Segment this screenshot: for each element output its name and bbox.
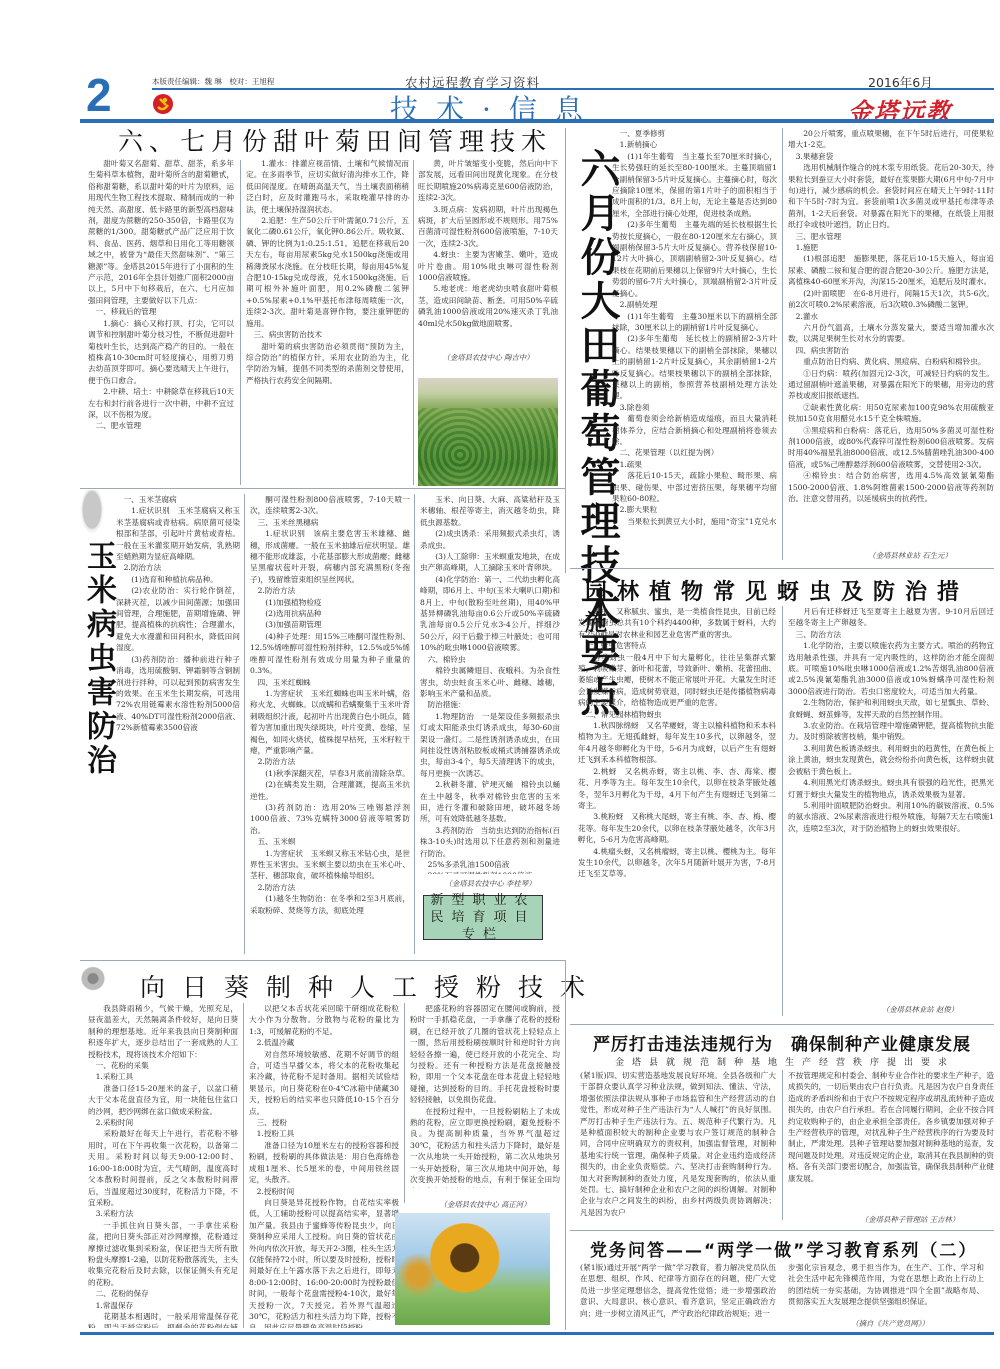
subheadline-law: 金塔县就规范制种基地生产经营秩序提出要求 [615,1055,955,1068]
column-divider [240,160,241,485]
paragraph: 步强化宗旨观念，勇于担当作为，在生产、工作、学习和社会生活中起先锋模范作用，为党… [788,1262,984,1308]
law-signature: （金塔县种子管理站 王吉林） [830,1214,990,1225]
paragraph: (4)化学防治：第一、二代幼虫孵化高峰期，即6月上、中旬(玉米大喇叭口期)和8月… [420,574,560,654]
editor-credit: 本版责任编辑：魏 琳 校对：王旭程 [152,76,274,87]
paragraph: 在授粉过程中，一旦授粉刷粘上了未成熟的花粉，应立即更换授粉刷，避免授粉不良。为提… [410,1106,560,1188]
paragraph: 2.追肥：生产50公斤干叶需氮0.71公斤，五氧化二磷0.61公斤，氧化钾0.8… [246,215,409,329]
corn-col-2: 酮可湿性粉剂800倍液喷雾，7-10天喷一次，连续喷雾2-3次。 三、玉米丝黑穗… [250,494,410,954]
paragraph: 4.桃瘤头蚜，又名桃瘤蚜，寄主以桃、樱桃为主。每年发生10余代，以卵越冬，次年5… [578,846,776,880]
subheading: 四、玉米红蜘蛛 [250,677,410,688]
section-divider [565,128,566,573]
paragraph: 3.利用黄色板诱杀蚜虫。利用蚜虫的趋黄性，在黄色板上涂上黄油，蚜虫发现黄色，就会… [788,743,994,777]
column-divider [782,606,783,1016]
paragraph: 棉铃虫属鳞翅目、夜蛾科。为杂食性害虫，幼虫蛀食玉米心叶、雌穗、雄穗，影响玉米产量… [420,665,560,699]
paragraph: (2)农业防治：实行轮作倒茬，深耕灭茬，以减少田间菌源；加强田间管理，合理施肥，… [116,585,240,653]
sunflower-col-2: 以把父本舌状花采回晾干研细成花粉粒大小作为分散物。分散物与花粉的量比为1:3，可… [249,1003,399,1328]
paragraph: 3.斑点病：发病初期，叶片出现褐色病斑，扩大后呈圆形或不规则形。用75%百菌清可… [418,204,558,250]
section-divider [570,1230,994,1231]
footer-rule [80,1332,994,1335]
paragraph: 采粉最好在每天上午进行，若花粉不够用时，可在下午再收集一次花粉，以备第二天用。采… [88,1128,238,1208]
paragraph: 月后有迁移蚜迁飞至夏寄主上越夏为害。9-10月后回迁至越冬寄主上产卵越冬。 [788,606,994,629]
pesticide-item: 20%万灵可湿性粉剂1000倍液 [420,870,560,874]
paragraph: 5.地老虎：地老虎幼虫啃食甜叶菊根茎，造成田间缺苗、断垄。可用50%辛硫磷乳油1… [418,283,558,329]
subheading: 防治措施： [420,699,560,710]
paragraph: (2)叶面喷肥 在6-8月进行，间隔15天1次，共5-6次。前2次可喷0.2%尿… [788,288,994,311]
pesticide-item: 25%多杀乳油1500倍液 [420,859,560,870]
paragraph: 黄，叶片皱缩变小变脆，然后向中下部发展，远看田间出现黄化现象。在分枝旺长期喷施2… [418,158,558,204]
paragraph: 甜叶菊的病虫害防治必须贯彻“预防为主，综合防治”的植保方针，采用农业防治为主，化… [246,341,409,387]
aphid-signature: （金塔县林业站 赵俊） [850,1004,990,1015]
paragraph: (1)秋季深翻灭茬，早春3月底前清除杂草。 [250,768,410,779]
sunflower-signature: （金塔县农技中心 高正河） [410,1199,560,1210]
headline-party-qa: 党务问答——“两学一做”学习教育系列（二） [590,1236,977,1261]
paragraph: 甜叶菊又名甜菊、甜草、甜茶，系多年生菊科草本植物，甜叶菊所含的甜菊糖甙，俗称甜菊… [88,158,234,306]
paragraph: 当果粒长到黄豆大小时，施用“奇宝”1克兑水 [612,516,777,527]
paragraph: 各类蚜虫一般4月中下旬大量孵化，往往呈集群式繁殖，刺吸嫩芽、新叶和花蕾，导致新叶… [578,652,776,709]
party-col-2: 步强化宗旨观念，勇于担当作为，在生产、工作、学习和社会生活中起先锋模范作用，为党… [788,1262,984,1318]
paragraph: 3.农业防治。在栽培管理中增施磷钾肥，提高植物抗虫能力。及时剪除被害枝梢，集中销… [788,720,994,743]
paragraph: 3.桃粉蚜 又称桃大尾蚜，寄主有桃、李、杏、梅、樱花等。每年发生20余代，以卵在… [578,811,776,845]
paragraph: (1)加强植物检疫 [250,597,410,608]
paragraph: (2)多年生葡萄 主蔓先端的延长枝根据生长势按长度摘心，一般在80-120厘米左… [612,219,777,299]
section-divider [570,568,994,569]
column-divider [243,1003,244,1328]
law-col-1: (紧1版)四、切实营造基地发展良好环境。全县各级和广大干部群众要认真学习种业法规… [580,1070,776,1223]
corn-col-1: 一、玉米茎腐病 1.症状识别 玉米茎腐病又称玉米茎基腐病或青枯病。病原菌可侵染根… [116,494,240,954]
column-divider [244,494,245,954]
aphid-col-1: 蚜虫，又称腻虫、蜜虫，是一类植食性昆虫，目前已经发现的蚜虫总共有10个科约440… [578,606,776,1016]
headline-sunflower: 向日葵制种人工授粉技术 [140,968,602,1004]
subheading: 三、授粉 [249,1117,399,1128]
subheading: 3.采粉方法 [88,1208,238,1219]
paragraph: 3.药剂防治 当幼虫达到防治指标(百株3-10头)时选用以下任意药剂和剂量进行防… [420,825,560,859]
subheading: 一、花粉的采集 [88,1060,238,1071]
subheading: 2.膨大果粒 [612,504,777,515]
corn-mascot-icon [80,490,104,534]
paragraph: 葡萄卷须会给新梢造成缢痕，而且大量消耗树体养分，应结合新梢摘心和处理副梢将卷须去… [612,413,777,447]
section-divider [565,960,566,1330]
paragraph: (1)1年生葡萄 当主蔓长至70厘米时摘心，生长势强旺的延长至80-100厘米。… [612,151,777,219]
paragraph: (2)选用抗病品种 [250,608,410,619]
stevia-col-1: 甜叶菊又名甜菊、甜草、甜茶，系多年生菊科草本植物，甜叶菊所含的甜菊糖甙，俗称甜菊… [88,158,234,488]
paragraph: 落花后10-15天，疏除小果粒、畸形果、病虫果、碰伤果、中部过密挤压果，每果穗平… [612,470,777,504]
subheading: 三、防治方法 [788,629,994,640]
corn-col-3: 玉米、向日葵、大麻、高粱秸秆及玉米穗轴、根茬等寄主，消灭越冬幼虫，降低虫源基数。… [420,494,560,874]
subheading: 1.新梢摘心 [612,139,777,150]
subheading: 1.采粉工具 [88,1071,238,1082]
subheading: 1.授粉工具 [249,1128,399,1139]
subheading: 1.施肥 [788,242,994,253]
paragraph: 选用机械制作缝合的纯木浆专用纸袋。花后20-30天，待果粒长到蚕豆大小时套袋，最… [788,162,994,230]
column-box-label: 新型职业农民培育项目专栏 [428,892,538,943]
paragraph: (2)成虫诱杀：采用频振式杀虫灯，诱杀成虫。 [420,528,560,551]
paragraph: 一手抓住向日葵头部，一手拿住采粉盆，把向日葵头部正对沙网摩擦，花粉通过摩擦过滤收… [88,1220,238,1288]
paragraph: ④棉铃虫：结合防治病害，选用4.5%高效氯氰菊酯1500-2000倍液、1.8%… [788,470,994,504]
subheading: 二、常见园林植物蚜虫 [578,709,776,720]
grape-col-2: 20公斤喷雾，重点喷果穗，在下午5时后进行，可使果粒增大1-2克。 3.果穗套袋… [788,128,994,548]
paragraph: 1.化学防治，主要以喷施农药为主要方式。喷治的药物宜选用触杀性强，并具有一定内吸… [788,640,994,697]
section-divider [80,960,565,961]
paragraph: 2.生物防治，保护和利用蚜虫天敌，如七星瓢虫、草蛉、食蚜蝇、蚜茧蜂等，发挥天敌的… [788,697,994,720]
page-number: 2 [86,72,112,118]
subheading: 三、病虫害防治技术 [246,329,409,340]
paragraph: 1.为害症状 玉米螟又称玉米钻心虫，是世界性玉米害虫。玉米螟主要以幼虫在玉米心叶… [250,848,410,882]
paragraph: 1.灌水：排灌应视苗情、土壤和气候情况而定。在多雨季节，应切实做好清沟排水工作，… [246,158,409,215]
paragraph: (3)人工除卵：玉米螟重发地块，在成虫产卵高峰期，人工摘除玉米叶背卵块。 [420,551,560,574]
subheading: 二、花果管理（以红提为例） [612,447,777,458]
paragraph: 1.秋四脉绵蚜 又名苹瘿蚜，寄主以榆科植物和禾本科植物为主。无翅孤雌蚜，每年发生… [578,720,776,766]
subheading: 三、玉米丝黑穗病 [250,517,410,528]
subheading: 3.除卷须 [612,402,777,413]
paragraph: 我县降雨稀少，气候干燥，光照充足，昼夜温差大，天然隔离条件较好，是向日葵制种的理… [88,1003,238,1060]
subheading: 2.灌水 [788,311,994,322]
subheading: 一、玉米茎腐病 [116,494,240,505]
paragraph: (1)1年生葡萄 主蔓30厘米以下的副梢全部抹除，30厘米以上的副梢留1片叶反复… [612,311,777,334]
corn-signature: （金塔县农技中心 李桂琴） [420,878,560,889]
paragraph: (3)药剂防治：选用20%三唑锡悬浮剂1000倍液、73%克螨特3000倍液等喷… [250,802,410,836]
subheading: 2.采粉时间 [88,1117,238,1128]
paragraph: 花期基本相遇时，一般采用常温保存花粉，即当天授完粉后，把剩余的花粉倒在铺有白纸的… [88,1311,238,1328]
paragraph: (3)药剂防治：播种前进行种子消毒，选用硫酸铜、钾霜铜等含铜制剂进行拌种，可以起… [116,654,240,734]
paragraph: 2.中耕、培土：中耕除草在移栽后10天左右和封行前各进行一次中耕，中耕不宜过深，… [88,386,234,420]
paragraph: (2)多年生葡萄 延长枝上的副梢留2-3片叶摘心。结果枝果穗以下的副梢全部抹除，… [612,333,777,401]
paragraph: 1.摘心：摘心又称打顶、打尖，它可以调节和控制甜叶菊分枝习性，不断促进甜叶菊枝叶… [88,318,234,386]
subheading: 1.常温保存 [88,1300,238,1311]
paragraph: 4.蚜虫：主要为害嫩茎、嫩叶，造成叶片卷曲。用10%吡虫啉可湿性粉剂1000倍液… [418,249,558,283]
subheading: 3.果穗套袋 [788,151,994,162]
subheading: 一、夏季修剪 [612,128,777,139]
column-divider [413,160,414,485]
subheading: 2.副梢处理 [612,299,777,310]
paragraph: ①日灼病：喷药(加固元)2-3次，可减轻日灼病的发生。通过留副梢叶遮盖果穗，对暴… [788,368,994,402]
stevia-col-2: 1.灌水：排灌应视苗情、土壤和气候情况而定。在多雨季节，应切实做好清沟排水工作，… [246,158,409,488]
paragraph: 准备口径15-20厘米的盆子，以盆口稍大于父本花盘直径为宜，用一块能包住盆口的沙… [88,1083,238,1117]
column-divider [414,494,415,954]
paragraph: 六月份气温高，土壤水分蒸发量大，要适当增加灌水次数，以满足果树生长对水分的需要。 [788,322,994,345]
grape-col-1: 一、夏季修剪 1.新梢摘心 (1)1年生葡萄 当主蔓长至70厘米时摘心，生长势强… [612,128,777,560]
stevia-field-photo [418,378,558,486]
paragraph: (1)根部追肥 施膨果肥，落花后10-15天施入，每亩追尿素、磷酸二铵和复合肥的… [788,253,994,287]
subheading: 一、移栽后的管理 [88,306,234,317]
paragraph: (紧1版)通过开展“两学一做”学习教育，着力解决党员队伍在思想、组织、作风、纪律… [580,1262,776,1319]
party-emblem-icon [152,93,174,115]
paragraph: 不按管理规定和村委会、制种专业合作社的要求生产种子，造成损失的，一切后果由农户自… [788,1070,994,1184]
subheading: 2.防治方法 [250,882,410,893]
sunflower-photo [395,1213,550,1325]
paragraph: 2.桃蚜 又名桃赤蚜，寄主以桃、李、杏、海棠、樱花、月季等为主。每年发生10余代… [578,766,776,812]
stevia-col-3: 黄，叶片皱缩变小变脆，然后向中下部发展，远看田间出现黄化现象。在分枝旺长期喷施2… [418,158,558,348]
paragraph: 准备口径为10厘米左右的授粉容器和授粉刷，授粉刷的具体做法是：用白色海绵卷成粗1… [249,1140,399,1186]
subheading: 2.授粉时间 [249,1186,399,1197]
paragraph: (4)种子处理：用15%三唑酮可湿性粉剂、12.5%烯唑醇可湿性粉剂拌种，12.… [250,631,410,677]
paragraph: (1)选育和种植抗病品种。 [116,574,240,585]
subheading: 1.疏果 [612,459,777,470]
subheading: 四、病虫害防治 [788,345,994,356]
party-signature: （摘自《共产党员网》） [820,1318,960,1329]
law-col-2: 不按管理规定和村委会、制种专业合作社的要求生产种子，造成损失的，一切后果由农户自… [788,1070,994,1210]
subheading: 2.防治方法 [116,562,240,573]
paragraph: (1)越冬生物防治：在冬季和2至3月底前，采取粉碎、焚烧等方法，彻底处理 [250,893,410,916]
column-divider [782,128,783,560]
subheading: 一、蚜虫危害特点 [578,640,776,651]
subheading: 六、棉铃虫 [420,654,560,665]
paragraph: 酮可湿性粉剂800倍液喷雾，7-10天喷一次，连续喷雾2-3次。 [250,494,410,517]
stevia-signature: （金塔县农技中心 陶吉中） [418,352,558,363]
paragraph: 1.症状识别 该病主要危害玉米雄穗、雌穗，形成菌瘿。一般在玉米抽雄后症状明显。雄… [250,528,410,585]
subheading: 2.防治方法 [250,585,410,596]
column-divider [404,1003,405,1203]
paragraph: 5.利用叶面喷肥防治蚜虫。利用10%的碳铵溶液、0.5%的氨水溶液、2%尿素溶液… [788,800,994,834]
aphid-col-2: 月后有迁移蚜迁飞至夏寄主上越夏为害。9-10月后回迁至越冬寄主上产卵越冬。 三、… [788,606,994,1001]
subheading: 五、玉米螟 [250,836,410,847]
subheading: 2.低温冷藏 [249,1037,399,1048]
paragraph: 向日葵是异花授粉作物，自花结实率极低，人工辅助授粉可以提高结实率，显著增加产量。… [249,1197,399,1328]
paragraph: 1.为害症状 玉米红蜘蛛也叫玉米叶螨，俗称火龙、火蜘蛛。以成螨和若螨聚集于玉米叶… [250,688,410,756]
paragraph: 玉米、向日葵、大麻、高粱秸秆及玉米穗轴、根茬等寄主，消灭越冬幼虫，降低虫源基数。 [420,494,560,528]
paragraph: (3)加强苗期管理 [250,619,410,630]
section-divider [80,488,565,489]
paragraph: (2)在螨类发生期，合理灌溉，提高玉米抗逆性。 [250,779,410,802]
paragraph: 20公斤喷雾，重点喷果穗，在下午5时后进行，可使果粒增大1-2克。 [788,128,994,151]
paragraph: (紧1版)四、切实营造基地发展良好环境。全县各级和广大干部群众要认真学习种业法规… [580,1070,776,1218]
paragraph: ③黑痘病和白粉病：落花后，选用50%多菌灵可湿性粉剂1000倍液，或80%代森锌… [788,425,994,471]
subheading: 二、花粉的保存 [88,1288,238,1299]
paragraph: 以把父本舌状花采回晾干研细成花粉粒大小作为分散物。分散物与花粉的量比为1:3，可… [249,1003,399,1037]
subheading: 2.防治方法 [250,756,410,767]
headline-corn: 玉米病虫害防治 [82,540,114,778]
column-divider [782,1070,783,1220]
sunflower-col-1: 我县降雨稀少，气候干燥，光照充足，昼夜温差大，天然隔离条件较好，是向日葵制种的理… [88,1003,238,1328]
paragraph: 蚜虫，又称腻虫、蜜虫，是一类植食性昆虫，目前已经发现的蚜虫总共有10个科约440… [578,606,776,640]
subheading: 三、肥水管理 [788,231,994,242]
column-box-new-farmer: 新型职业农民培育项目专栏 [423,895,543,940]
paragraph: 1.症状识别 玉米茎腐病又称玉米茎基腐病或青枯病。病原菌可侵染根部和茎部，引起叶… [116,505,240,562]
paragraph: 把盛花粉的容器固定在腰间或胸前，授粉时一手抓稳花盘，一手拿蘸了花粉的授粉刷，在已… [410,1003,560,1106]
section-divider [570,1024,994,1025]
headline-stevia: 六、七月份甜叶菊田间管理技术 [118,122,552,158]
sunflower-icon [80,965,106,995]
sunflower-col-3: 把盛花粉的容器固定在腰间或胸前，授粉时一手抓稳花盘，一手拿蘸了花粉的授粉刷，在已… [410,1003,560,1188]
paragraph: 重点防治日灼病、黄化病、黑痘病、白粉病和棉铃虫。 [788,356,994,367]
party-col-1: (紧1版)通过开展“两学一做”学习教育，着力解决党员队伍在思想、组织、作风、纪律… [580,1262,776,1330]
paragraph: 1.物理防治 一是架设佳多频振杀虫灯或太阳能杀虫灯诱杀成虫，每30-60亩架设一… [420,711,560,779]
headline-law: 严厉打击违法违规行为 确保制种产业健康发展 [593,1030,971,1055]
subheading: 二、肥水管理 [88,420,234,431]
grape-signature: （金塔县林业站 石生元） [830,550,990,561]
paragraph: 2.秋耕冬灌、铲埂灭蛹 棉铃虫以蛹在土中越冬，秋季对棉铃虫危害的玉米田，进行冬灌… [420,779,560,825]
paragraph: ②缺素性黄化病：用50克尿素加100克98%农用硫酸亚铁加150克食用醋兑水15… [788,402,994,425]
paragraph: 对自然环境较敏感、花期不好调节的组合，可适当早播父本，将父本的花粉收集起来冷藏，… [249,1049,399,1117]
paragraph: 4.利用黑光灯诱杀蚜虫。蚜虫具有很强的趋光性，把黑光灯置于蚜虫大量发生的植物地点… [788,777,994,800]
